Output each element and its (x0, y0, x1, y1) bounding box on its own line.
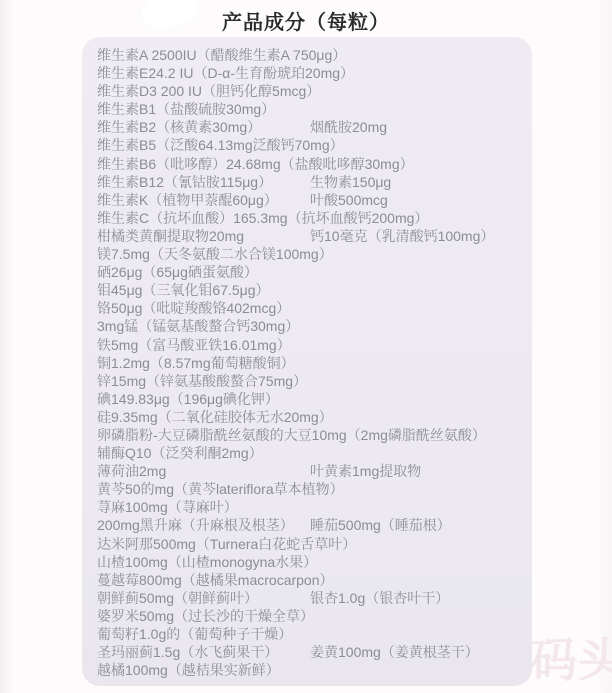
ingredient-text: 维生素C（抗坏血酸）165.3mg（抗坏血酸钙200mg） (97, 210, 428, 226)
ingredient-row: 婆罗米50mg（过长沙的干燥全草） (97, 607, 526, 625)
ingredient-text: 硒26μg（65μg硒蛋氨酸） (97, 264, 258, 280)
ingredient-text: 维生素D3 200 IU（胆钙化醇5mcg） (97, 83, 320, 99)
ingredient-row: 维生素C（抗坏血酸）165.3mg（抗坏血酸钙200mg） (97, 209, 526, 227)
ingredient-text: 3mg锰（锰氨基酸螯合钙30mg） (97, 318, 299, 334)
ingredient-text-secondary: 烟酰胺20mg (310, 119, 387, 135)
ingredient-text: 卵磷脂粉-大豆磷脂酰丝氨酸的大豆10mg（2mg磷脂酰丝氨酸） (97, 427, 486, 443)
ingredient-row: 维生素B1（盐酸硫胺30mg） (97, 100, 526, 118)
ingredient-text: 蔓越莓800mg（越橘果macrocarpon） (97, 572, 334, 588)
page-title: 产品成分（每粒） (0, 6, 612, 35)
ingredient-row: 锌15mg（锌氨基酸酸螯合75mg） (97, 372, 526, 390)
ingredient-row: 葡萄籽1.0g的（葡萄种子干燥） (97, 625, 526, 643)
ingredient-text-secondary: 钙10毫克（乳清酸钙100mg） (310, 228, 494, 244)
ingredient-text: 200mg黑升麻（升麻根及根茎） (97, 516, 310, 534)
ingredient-row: 辅酶Q10（泛癸利酮2mg） (97, 444, 526, 462)
ingredient-text: 铜1.2mg（8.57mg葡萄糖酸铜） (97, 355, 295, 371)
ingredient-text: 维生素B6（吡哆醇）24.68mg（盐酸吡哆醇30mg） (97, 156, 414, 172)
ingredient-text: 薄荷油2mg (97, 462, 310, 480)
ingredient-row: 荨麻100mg（荨麻叶） (97, 498, 526, 516)
ingredient-text: 维生素A 2500IU（醋酸维生素A 750μg） (97, 47, 346, 63)
ingredient-text: 铬50μg（吡啶羧酸铬402mcg） (97, 300, 290, 316)
ingredient-text: 葡萄籽1.0g的（葡萄种子干燥） (97, 626, 292, 642)
ingredient-row: 3mg锰（锰氨基酸螯合钙30mg） (97, 317, 526, 335)
ingredient-text-secondary: 睡茄500mg（睡茄根） (310, 517, 451, 533)
ingredient-text-secondary: 生物素150μg (310, 174, 391, 190)
ingredient-text: 维生素B5（泛酸64.13mg泛酸钙70mg） (97, 137, 344, 153)
ingredient-text: 维生素B12（氰钴胺115μg） (97, 173, 310, 191)
ingredient-text: 维生素B2（核黄素30mg） (97, 118, 310, 136)
ingredient-text: 黄芩50的mg（黄芩lateriflora草本植物） (97, 481, 344, 497)
ingredient-text-secondary: 叶酸500mcg (310, 192, 388, 208)
ingredient-text: 钼45μg（三氧化钼67.5μg） (97, 282, 270, 298)
ingredient-row: 蔓越莓800mg（越橘果macrocarpon） (97, 571, 526, 589)
ingredient-text: 维生素B1（盐酸硫胺30mg） (97, 101, 275, 117)
ingredient-row: 柑橘类黄酮提取物20mg钙10毫克（乳清酸钙100mg） (97, 227, 526, 245)
ingredients-panel: 维生素A 2500IU（醋酸维生素A 750μg）维生素E24.2 IU（D-α… (82, 37, 532, 686)
ingredient-row: 达米阿那500mg（Turnera白花蛇舌草叶） (97, 535, 526, 553)
page-background: 产品成分（每粒） 维生素A 2500IU（醋酸维生素A 750μg）维生素E24… (0, 0, 612, 693)
ingredient-text: 碘149.83μg（196μg碘化钾） (97, 391, 279, 407)
ingredient-row: 朝鲜蓟50mg（朝鲜蓟叶）银杏1.0g（银杏叶干） (97, 589, 526, 607)
ingredient-row: 维生素B2（核黄素30mg）烟酰胺20mg (97, 118, 526, 136)
ingredient-text-secondary: 叶黄素1mg提取物 (310, 463, 421, 479)
ingredient-row: 薄荷油2mg叶黄素1mg提取物 (97, 462, 526, 480)
ingredient-text: 镁7.5mg（天冬氨酸二水合镁100mg） (97, 246, 333, 262)
ingredient-row: 碘149.83μg（196μg碘化钾） (97, 390, 526, 408)
ingredient-text: 婆罗米50mg（过长沙的干燥全草） (97, 608, 314, 624)
ingredient-row: 越橘100mg（越桔果实新鲜） (97, 661, 526, 679)
ingredient-text: 锌15mg（锌氨基酸酸螯合75mg） (97, 373, 307, 389)
ingredient-text: 维生素E24.2 IU（D-α-生育酚琥珀20mg） (97, 65, 354, 81)
ingredient-text: 圣玛丽蓟1.5g（水飞蓟果干） (97, 643, 310, 661)
ingredient-row: 硅9.35mg（二氧化硅胶体无水20mg） (97, 408, 526, 426)
ingredient-row: 镁7.5mg（天冬氨酸二水合镁100mg） (97, 245, 526, 263)
ingredient-text: 山楂100mg（山楂monogyna水果） (97, 554, 317, 570)
ingredient-text: 辅酶Q10（泛癸利酮2mg） (97, 445, 263, 461)
ingredient-row: 维生素B12（氰钴胺115μg）生物素150μg (97, 173, 526, 191)
ingredient-row: 山楂100mg（山楂monogyna水果） (97, 553, 526, 571)
ingredient-row: 铬50μg（吡啶羧酸铬402mcg） (97, 299, 526, 317)
ingredient-row: 铜1.2mg（8.57mg葡萄糖酸铜） (97, 354, 526, 372)
ingredient-text: 越橘100mg（越桔果实新鲜） (97, 662, 280, 678)
ingredient-text-secondary: 姜黄100mg（姜黄根茎干） (310, 644, 479, 660)
ingredient-row: 维生素B6（吡哆醇）24.68mg（盐酸吡哆醇30mg） (97, 155, 526, 173)
ingredient-text: 硅9.35mg（二氧化硅胶体无水20mg） (97, 409, 333, 425)
ingredient-text: 铁5mg（富马酸亚铁16.01mg） (97, 337, 291, 353)
ingredient-row: 黄芩50的mg（黄芩lateriflora草本植物） (97, 480, 526, 498)
ingredient-row: 维生素A 2500IU（醋酸维生素A 750μg） (97, 46, 526, 64)
ingredient-text: 柑橘类黄酮提取物20mg (97, 227, 310, 245)
ingredient-text: 达米阿那500mg（Turnera白花蛇舌草叶） (97, 536, 356, 552)
ingredient-row: 200mg黑升麻（升麻根及根茎）睡茄500mg（睡茄根） (97, 516, 526, 534)
ingredient-row: 铁5mg（富马酸亚铁16.01mg） (97, 336, 526, 354)
ingredient-row: 圣玛丽蓟1.5g（水飞蓟果干）姜黄100mg（姜黄根茎干） (97, 643, 526, 661)
site-watermark: 码头 (531, 624, 612, 690)
ingredient-row: 维生素B5（泛酸64.13mg泛酸钙70mg） (97, 136, 526, 154)
ingredient-text: 维生素K（植物甲萘醌60μg） (97, 191, 310, 209)
ingredient-row: 维生素D3 200 IU（胆钙化醇5mcg） (97, 82, 526, 100)
ingredient-row: 维生素K（植物甲萘醌60μg）叶酸500mcg (97, 191, 526, 209)
ingredient-text: 朝鲜蓟50mg（朝鲜蓟叶） (97, 589, 310, 607)
ingredient-text-secondary: 银杏1.0g（银杏叶干） (310, 590, 449, 606)
ingredient-row: 卵磷脂粉-大豆磷脂酰丝氨酸的大豆10mg（2mg磷脂酰丝氨酸） (97, 426, 526, 444)
ingredient-row: 钼45μg（三氧化钼67.5μg） (97, 281, 526, 299)
ingredient-row: 硒26μg（65μg硒蛋氨酸） (97, 263, 526, 281)
ingredient-row: 维生素E24.2 IU（D-α-生育酚琥珀20mg） (97, 64, 526, 82)
ingredient-text: 荨麻100mg（荨麻叶） (97, 499, 238, 515)
ingredient-list: 维生素A 2500IU（醋酸维生素A 750μg）维生素E24.2 IU（D-α… (97, 46, 526, 679)
